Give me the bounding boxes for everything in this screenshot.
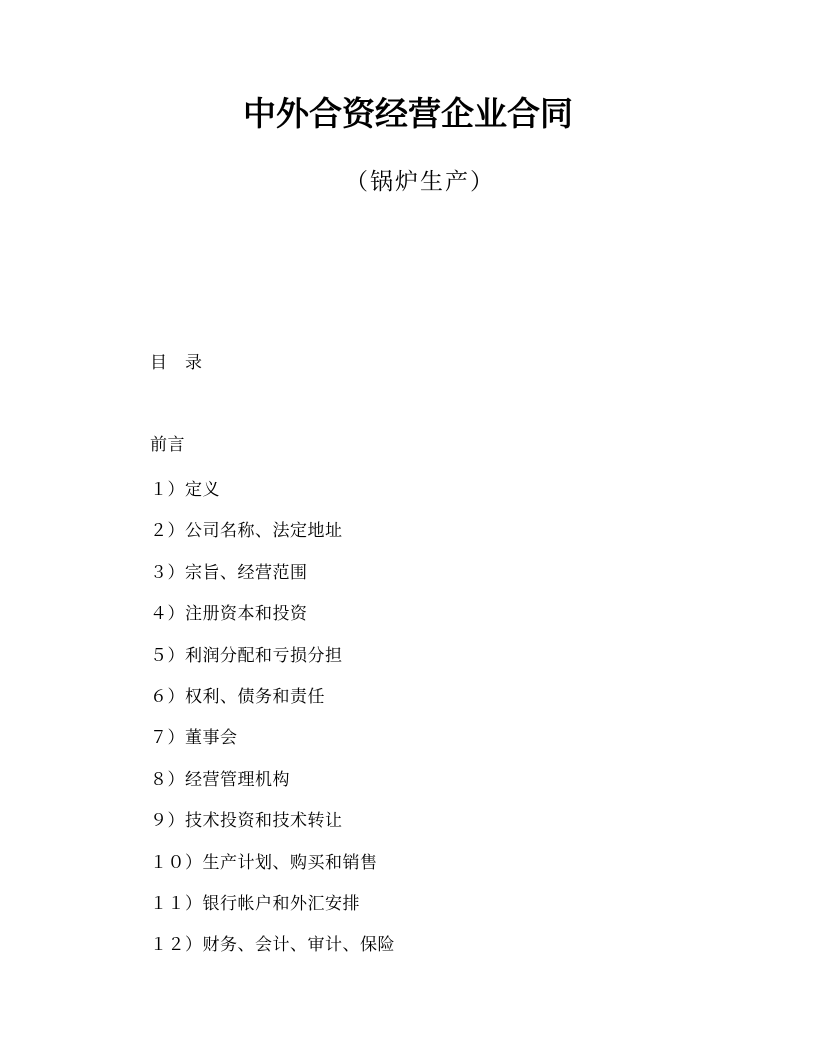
- document-subtitle: （锅炉生产）: [0, 167, 816, 197]
- document-title: 中外合资经营企业合同: [0, 94, 816, 134]
- toc-item: １）定义: [150, 469, 395, 510]
- toc-list: １）定义 ２）公司名称、法定地址 ３）宗旨、经营范围 ４）注册资本和投资 ５）利…: [150, 469, 395, 966]
- toc-item: ６）权利、债务和责任: [150, 676, 395, 717]
- toc-item: ５）利润分配和亏损分担: [150, 635, 395, 676]
- document-page: 中外合资经营企业合同 （锅炉生产） 目 录 前言 １）定义 ２）公司名称、法定地…: [0, 0, 816, 1056]
- toc-item: ２）公司名称、法定地址: [150, 510, 395, 551]
- toc-item: ４）注册资本和投资: [150, 593, 395, 634]
- toc-item: １２）财务、会计、审计、保险: [150, 924, 395, 965]
- toc-item-preface: 前言: [150, 435, 185, 455]
- toc-item: １１）银行帐户和外汇安排: [150, 883, 395, 924]
- toc-item: ９）技术投资和技术转让: [150, 800, 395, 841]
- toc-item: ３）宗旨、经营范围: [150, 552, 395, 593]
- toc-item: ８）经营管理机构: [150, 759, 395, 800]
- toc-heading: 目 录: [150, 353, 203, 373]
- toc-item: １０）生产计划、购买和销售: [150, 842, 395, 883]
- toc-item: ７）董事会: [150, 717, 395, 758]
